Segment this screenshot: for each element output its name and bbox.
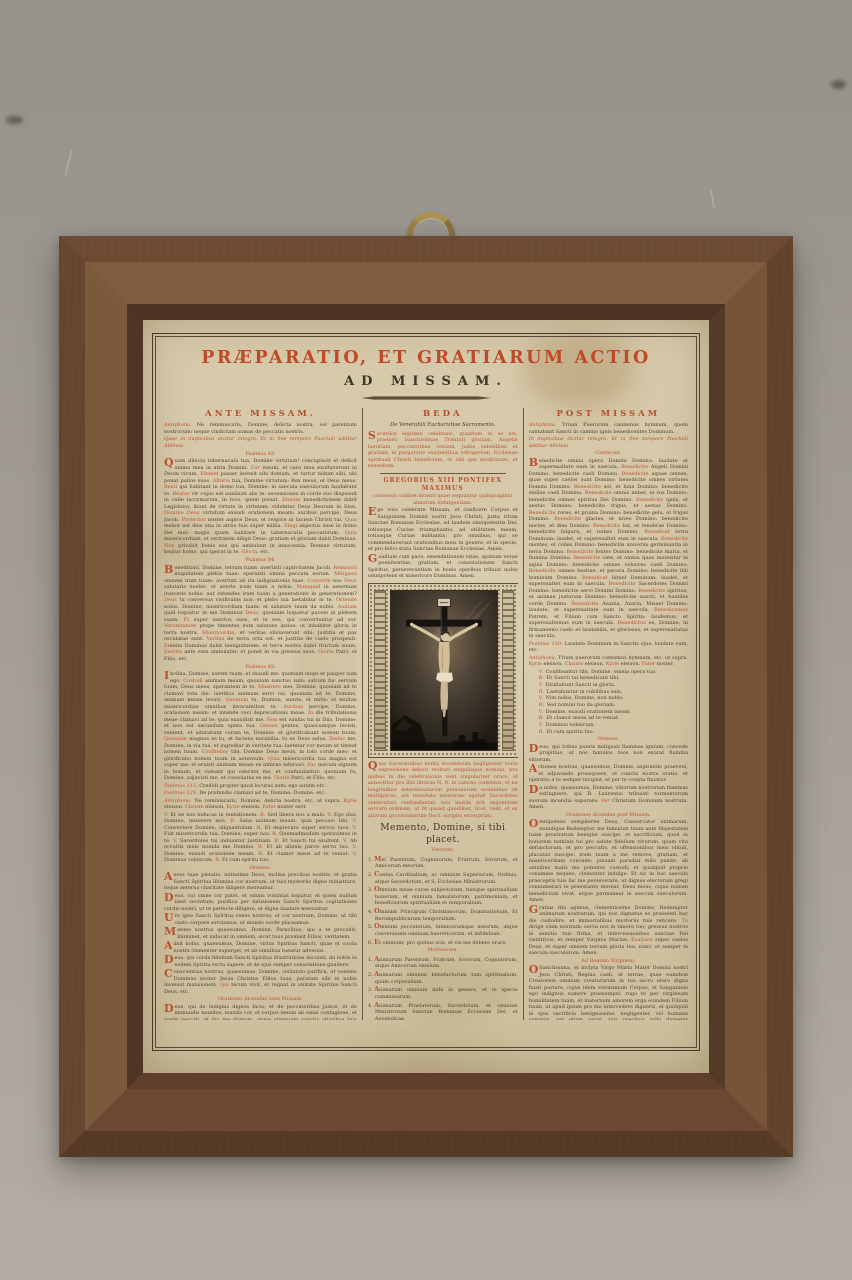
red-word: Quia xyxy=(345,530,357,536)
red-word: Non xyxy=(164,543,175,549)
list-number: 2. xyxy=(368,872,373,878)
red-word: V. xyxy=(343,838,347,844)
paragraph: Omnipotens sempiterne Deus, Conservator … xyxy=(529,819,688,904)
lead-word: Psalmus 150. xyxy=(529,641,565,647)
versicle-marker: R. xyxy=(539,689,544,695)
red-word: Benedicite xyxy=(593,523,620,529)
rubric: concessit cuilibet dicenti quae sequuntu… xyxy=(368,493,518,506)
drop-initial: A xyxy=(164,941,173,950)
rubric: Mortuorum. xyxy=(368,947,518,954)
text-columns: ANTE MISSAM.Antiphona. Ne reminiscaris, … xyxy=(164,408,688,1020)
cross-horizontal-beam xyxy=(406,620,482,627)
picture-frame: PRÆPARATIO, ET GRATIARUM ACTIO AD MISSAM… xyxy=(59,236,793,1157)
versicle-marker: R. xyxy=(539,675,544,681)
red-word: Etenim xyxy=(200,471,218,477)
column-ante-missam: ANTE MISSAM.Antiphona. Ne reminiscaris, … xyxy=(164,408,357,1020)
list-item: 1.Animarum Parentum, Fratrum, Sororum, C… xyxy=(368,955,518,970)
rubric: Oremus. xyxy=(164,865,357,872)
drop-initial: D xyxy=(164,893,174,902)
list-number: 2. xyxy=(368,972,373,978)
red-word: Verumtamen xyxy=(164,623,196,629)
drop-initial: C xyxy=(164,969,173,978)
red-word: Gloria xyxy=(242,549,258,555)
versicle-line: R. Sed nomini tuo da gloriam. xyxy=(539,702,688,709)
versicle-line: R. Et Sancti tui benedicant tibi. xyxy=(539,675,688,682)
versicle-line: V. Domine, exaudi orationem meam. xyxy=(539,709,688,716)
rubric: Quae in duplicibus dicitur integra. Et i… xyxy=(164,436,357,449)
red-word: R. xyxy=(274,838,279,844)
item-initial: E xyxy=(374,938,379,946)
paragraph: Psalmus 150. Laudate Dominum in Sanctis … xyxy=(529,641,688,654)
drop-initial: Q xyxy=(164,458,174,467)
paragraph: Benedicite omnia opera Domini Domino: la… xyxy=(529,458,688,640)
ornamental-column-right xyxy=(502,590,514,751)
psalm-title: Psalmus 85. xyxy=(164,664,357,671)
drop-initial: I xyxy=(164,671,169,680)
versicle-marker: V. xyxy=(539,709,543,715)
paragraph: Gaudium cum pace, emendationem vitae, sp… xyxy=(368,554,518,580)
red-word: R. xyxy=(272,831,277,837)
ornamental-column-left xyxy=(374,590,386,751)
page-title: PRÆPARATIO, ET GRATIARUM ACTIO xyxy=(164,348,688,368)
paragraph: Benedixisti, Domine, terram tuam: averti… xyxy=(164,565,357,663)
drop-initial: D xyxy=(164,955,174,964)
lead-word: Antiphona. xyxy=(164,422,197,428)
red-word: Benedicamus xyxy=(654,607,688,613)
prayer-list: 1.Animarum Parentum, Fratrum, Sororum, C… xyxy=(368,955,518,1020)
red-word: Benedicite xyxy=(566,549,593,555)
red-word: Deus xyxy=(344,578,357,584)
red-word: Christe xyxy=(185,804,204,810)
list-item: 2.Coetus Cardinalium, ac omnium Superior… xyxy=(368,870,518,885)
item-initial: A xyxy=(374,970,379,978)
paragraph: Da nobis, quaesumus, Domine, vitiorum no… xyxy=(529,785,688,811)
list-number: 3. xyxy=(368,887,373,893)
legs xyxy=(440,681,448,710)
lead-word: Antiphona. xyxy=(164,798,194,804)
right-hand xyxy=(474,623,477,626)
drop-initial: O xyxy=(529,965,539,974)
photograph-of-framed-document: PRÆPARATIO, ET GRATIARUM ACTIO AD MISSAM… xyxy=(0,0,852,1280)
title-divider-ornament xyxy=(361,396,491,400)
psalm-title: Psalmus 84. xyxy=(164,557,357,564)
versicle-marker: R. xyxy=(539,729,544,735)
red-word: Altaria xyxy=(213,478,230,484)
red-word: Elegi xyxy=(284,523,297,529)
red-word: Per xyxy=(601,798,610,804)
versicle-group: V. Confiteantur tibi, Domine, omnia oper… xyxy=(539,669,688,736)
red-word: Benedicite xyxy=(529,568,556,574)
versicle-marker: V. xyxy=(539,682,543,688)
paragraph: Ure igne Sancti Spiritus renes nostros, … xyxy=(164,913,357,926)
red-word: Remisisti xyxy=(333,565,356,571)
red-word: Deduc xyxy=(329,736,345,742)
paragraph: Mentes nostras quaesumus, Domine, Paracl… xyxy=(164,927,357,940)
red-word: Veritas xyxy=(207,636,225,642)
red-word: Protector xyxy=(182,517,206,523)
rubric: Vivorum. xyxy=(368,847,518,854)
list-item: 4.Omnium Principum Christianorum, Domina… xyxy=(368,907,518,922)
lead-word: Psalmus 115. xyxy=(164,783,199,789)
paragraph: Deus, qui tribus pueris mitigasti flamma… xyxy=(529,744,688,764)
list-number: 4. xyxy=(368,909,373,915)
list-number: 4. xyxy=(368,1003,373,1009)
drop-initial: E xyxy=(368,507,376,516)
red-word: Kyrie xyxy=(344,798,357,804)
red-word: Miserere xyxy=(258,684,281,690)
paragraph: Antiphona. Trium puerorum cantemus hymnu… xyxy=(529,655,688,668)
left-hand xyxy=(410,623,413,626)
wall-scratch xyxy=(710,190,714,208)
divider-rule xyxy=(380,473,506,474)
lead-word: Antiphona. xyxy=(529,655,558,661)
red-word: Benedicite xyxy=(554,516,581,522)
red-word: Quoniam xyxy=(164,736,187,742)
paragraph: V. Et ne nos inducas in tentationem. R. … xyxy=(164,812,357,864)
red-word: Benedicite xyxy=(585,490,612,496)
printed-page: PRÆPARATIO, ET GRATIARUM ACTIO AD MISSAM… xyxy=(155,336,697,1048)
column-post-missam: POST MISSAMAntiphona. Trium Puerorum can… xyxy=(529,408,688,1020)
crucifix-engraving-block xyxy=(368,583,518,758)
list-item: 5.Omnium peccatorum, inimicorumque meoru… xyxy=(368,922,518,937)
red-word: Deus xyxy=(164,597,177,603)
list-number: 1. xyxy=(368,857,373,863)
item-initial: O xyxy=(374,922,380,930)
list-number: 5. xyxy=(368,924,373,930)
red-word: Quoniam xyxy=(225,697,248,703)
red-word: Auribus xyxy=(283,704,303,710)
drop-initial: A xyxy=(164,872,173,881)
section-heading: ANTE MISSAM. xyxy=(164,409,357,420)
wall-smudge-right xyxy=(831,80,846,89)
item-initial: A xyxy=(374,955,379,963)
paragraph: Deus, qui corda fidelium Sancti Spiritus… xyxy=(164,955,357,968)
red-word: Kyrie xyxy=(226,804,239,810)
list-item: 1.Mei Parentum, Cognatorum, Fratrum, Sor… xyxy=(368,855,518,870)
paragraph: Sacerdos legitime celebrans, quantum in … xyxy=(368,431,518,470)
red-word: Confitebor xyxy=(201,749,228,755)
paragraph: Ego volo celebrare Missam, et conficere … xyxy=(368,507,518,553)
red-word: Numquid xyxy=(297,584,321,590)
red-word: Fac xyxy=(307,762,316,768)
paragraph: OSanctissima, et inclyta Virgo Maria Mat… xyxy=(529,965,688,1020)
frame-inner-lip: PRÆPARATIO, ET GRATIARUM ACTIO AD MISSAM… xyxy=(127,304,725,1089)
drop-initial: Q xyxy=(368,761,378,770)
drop-initial: D xyxy=(529,744,539,753)
red-word: Benedicite xyxy=(529,510,556,516)
drop-initial: D xyxy=(164,1004,174,1013)
red-word: Benedicite xyxy=(621,464,648,470)
red-word: Et xyxy=(184,617,190,623)
red-word: Cor xyxy=(251,465,260,471)
wall-smudge-left xyxy=(6,116,23,124)
red-word: Pater xyxy=(262,804,275,810)
red-word: Pater xyxy=(642,661,655,667)
drop-initial: A xyxy=(529,764,538,773)
drop-initial: B xyxy=(164,565,173,574)
red-word: Misericordia xyxy=(202,630,234,636)
printed-border: PRÆPARATIO, ET GRATIARUM ACTIO AD MISSAM… xyxy=(152,333,700,1051)
red-word: Kyrie xyxy=(606,661,619,667)
red-word: Deus xyxy=(245,610,258,616)
paragraph: Deus, cui omne cor patet, et omnis volun… xyxy=(164,893,357,913)
drop-initial: U xyxy=(164,913,174,922)
torso xyxy=(438,642,449,674)
red-word: In xyxy=(308,710,313,716)
red-word: Benedicite xyxy=(571,601,598,607)
drop-initial: M xyxy=(164,927,176,936)
red-word: Benedicite xyxy=(638,588,665,594)
red-word: Quia xyxy=(345,517,357,523)
item-initial: A xyxy=(374,985,379,993)
page-subtitle: AD MISSAM. xyxy=(164,374,688,389)
column-center: BEDADe Venerabili Eucharistiae Sacrament… xyxy=(368,408,518,1020)
red-word: Beati xyxy=(164,484,177,490)
prayer-list: 1.Mei Parentum, Cognatorum, Fratrum, Sor… xyxy=(368,855,518,946)
red-word: Custodi xyxy=(183,678,202,684)
list-item: 2.Animarum omnium benefactorum tam spiri… xyxy=(368,970,518,985)
red-word: Benedicite xyxy=(636,497,663,503)
paragraph: Actiones nostras, quaesumus, Domine, asp… xyxy=(529,764,688,784)
paragraph: Deus, qui de indignis dignos facis; et d… xyxy=(164,1004,357,1020)
paragraph: Antiphona. Ne reminiscaris, Domine, deli… xyxy=(164,798,357,811)
item-initial: O xyxy=(374,885,380,893)
drop-initial: D xyxy=(529,785,539,794)
red-word: Mitigasti xyxy=(334,571,357,577)
lead-word: Psalmus 129. xyxy=(164,790,199,796)
rubric: In duplicibus dicitur integra. Et in fin… xyxy=(529,436,688,449)
versicle-line: R. Et clamor meus ad te veniat. xyxy=(539,715,688,722)
red-word: Gloria xyxy=(274,775,290,781)
red-word: R. xyxy=(230,818,235,824)
ornamental-border xyxy=(368,583,518,758)
paragraph: Inclina, Domine, aurem tuam, et exaudi m… xyxy=(164,671,357,782)
red-word: Gloria xyxy=(318,649,334,655)
lead-word: Antiphona. xyxy=(529,422,562,428)
red-word: V. xyxy=(328,812,332,818)
section-heading: POST MISSAM xyxy=(529,409,688,420)
red-word: Et xyxy=(164,643,170,649)
list-item: 3.Omnium meae curae subjectorum, tumque … xyxy=(368,885,518,907)
rubric: Orationes dicendae post Missam. xyxy=(529,812,688,819)
red-word: V. xyxy=(353,844,357,850)
section-heading: BEDA xyxy=(368,409,518,420)
red-word: R. xyxy=(257,825,262,831)
versicle-marker: R. xyxy=(539,715,544,721)
rubric: Ad Beatam Virginem. xyxy=(529,958,688,965)
red-word: V. xyxy=(353,818,357,824)
list-number: 3. xyxy=(368,987,373,993)
versicle-line: V. Dominus vobiscum. xyxy=(539,722,688,729)
drop-initial: S xyxy=(368,431,376,440)
column-rule xyxy=(362,408,363,1020)
drop-initial: G xyxy=(368,554,377,563)
item-initial: O xyxy=(374,907,380,915)
red-word: Benedicite xyxy=(574,484,601,490)
red-word: Benedicat xyxy=(644,529,669,535)
red-word: Ostende xyxy=(336,597,357,603)
section-subtitle: De Venerabili Eucharistiae Sacramento. xyxy=(368,422,518,429)
paragraph: Gratias tibi agimus, clementissime Domin… xyxy=(529,905,688,957)
drop-initial: O xyxy=(529,819,539,828)
red-word: Justitia xyxy=(164,649,182,655)
sub-section-heading: GREGORIUS XIII PONTIFEX MAXIMUS xyxy=(368,477,518,493)
red-word: Benedicite xyxy=(661,536,688,542)
red-word: Benedicite xyxy=(622,471,649,477)
versicle-marker: V. xyxy=(539,722,543,728)
paragraph: Psalmus 115. Credidi propter quod locutu… xyxy=(164,783,357,790)
document-paper: PRÆPARATIO, ET GRATIARUM ACTIO AD MISSAM… xyxy=(143,320,709,1073)
rubric: Oremus. xyxy=(529,736,688,743)
frame-bevel: PRÆPARATIO, ET GRATIARUM ACTIO AD MISSAM… xyxy=(85,262,767,1131)
red-word: Exaltare xyxy=(631,937,652,943)
paragraph: Conscientias nostras, quaesumus, Domine,… xyxy=(164,969,357,995)
item-initial: M xyxy=(374,855,381,863)
versicle-line: V. Confiteantur tibi, Domine, omnia oper… xyxy=(539,669,688,676)
list-number: 1. xyxy=(368,957,373,963)
red-word: V. xyxy=(353,825,357,831)
drop-initial: B xyxy=(529,458,538,467)
ground-shadow xyxy=(391,742,497,749)
versicle-line: V. Non nobis, Domine, non nobis. xyxy=(539,695,688,702)
red-word: V. xyxy=(353,851,357,857)
red-word: Benedicite xyxy=(573,555,600,561)
rubric: Orationes dicendae ante Missam. xyxy=(164,996,357,1003)
red-word: V. xyxy=(164,812,168,818)
paragraph: Antiphona. Ne reminiscaris, Domine, deli… xyxy=(164,422,357,435)
versicle-line: V. Exultabunt Sancti in gloria. xyxy=(539,682,688,689)
red-word: R. xyxy=(258,851,263,857)
red-word: Christe xyxy=(565,661,584,667)
red-word: Beatus xyxy=(172,491,189,497)
red-word: Audiam xyxy=(337,604,356,610)
versicle-line: R. Et cum spiritu tuo. xyxy=(539,729,688,736)
versicle-line: R. Laetabuntur in cubilibus suis. xyxy=(539,689,688,696)
red-word: Benedicat xyxy=(582,575,607,581)
versicle-marker: V. xyxy=(539,695,543,701)
versicle-marker: R. xyxy=(539,702,544,708)
item-initial: A xyxy=(374,1001,379,1009)
red-word: Domine Deus xyxy=(164,510,200,516)
red-word: Converte xyxy=(307,578,330,584)
list-item: 6.Et omnium; pro quibus scis, et vis me … xyxy=(368,938,518,947)
red-word: Tu xyxy=(681,918,688,924)
red-word: V. xyxy=(173,838,177,844)
paragraph: Antiphona. Trium Puerorum cantemus hymnu… xyxy=(529,422,688,435)
red-word: Qui xyxy=(220,982,229,988)
item-initial: C xyxy=(374,870,379,878)
rubric: Canticum. xyxy=(529,450,688,457)
paragraph: Psalmus 129. De profundis clamavi ad te,… xyxy=(164,790,357,797)
red-word: R. xyxy=(260,812,265,818)
red-word: Benedictus xyxy=(618,620,646,626)
list-number: 6. xyxy=(368,940,373,946)
column-rule xyxy=(523,408,524,1020)
red-word: Non xyxy=(267,717,278,723)
wall-scratch xyxy=(65,150,72,175)
red-word: Quia xyxy=(268,756,280,762)
crucifixion-image xyxy=(390,590,498,751)
paragraph: Aures tuae pietatis, mitissime Deus, inc… xyxy=(164,872,357,892)
red-word: Kyrie xyxy=(529,661,542,667)
paragraph: Quia Sacerdotibus multa incommoda neglig… xyxy=(368,761,518,820)
list-item: 4.Animarum Praelatorum, Sacerdotum, et o… xyxy=(368,1001,518,1020)
list-item: 3.Animarum omnium mihi in genere, et in … xyxy=(368,985,518,1000)
red-word: R. xyxy=(215,857,220,863)
memento-line: Memento, Domine, si tibi placet. xyxy=(368,822,518,846)
red-word: Benedicite xyxy=(609,581,636,587)
paragraph: Adsit nobis, quaesumus, Domine, virtus S… xyxy=(164,941,357,954)
psalm-title: Psalmus 83. xyxy=(164,451,357,458)
crucifixion-scene xyxy=(391,591,497,750)
drop-initial: G xyxy=(529,905,538,914)
red-word: Etenim xyxy=(282,497,300,503)
versicle-marker: V. xyxy=(539,669,543,675)
red-word: Omnes xyxy=(260,723,278,729)
paragraph: Quam dilecta tabernacula tua, Domine vir… xyxy=(164,458,357,556)
red-word: R. xyxy=(258,844,263,850)
